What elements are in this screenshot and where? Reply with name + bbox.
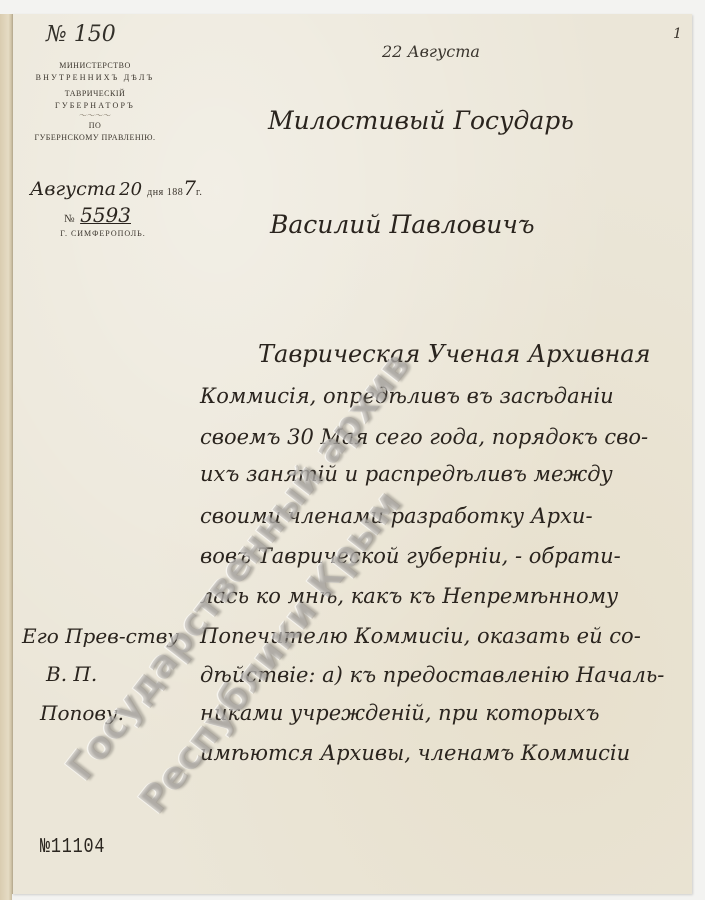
page-number: 1 <box>673 26 682 42</box>
date-month: Августа <box>30 178 116 200</box>
date-year-digit: 7 <box>183 176 196 200</box>
outgoing-number-label: № <box>64 213 75 225</box>
addressee-name: Василий Павловичъ <box>270 210 535 239</box>
body-line: Коммисія, опредѣливъ въ засѣданіи <box>200 384 614 408</box>
margin-addressee-initials: В. П. <box>46 662 97 686</box>
letterhead-provincial-board: ГУБЕРНСКОМУ ПРАВЛЕНІЮ. <box>30 132 160 144</box>
outgoing-number: № 5593 <box>64 203 131 227</box>
received-note: 22 Августа <box>382 42 480 61</box>
date-day: 20 <box>119 179 142 200</box>
date-day-label: дня 188 <box>147 187 183 198</box>
body-line: Таврическая Ученая Архивная <box>258 340 650 368</box>
flourish-divider: ～～～～ <box>30 112 160 120</box>
body-line: никами учрежденій, при которыхъ <box>200 701 599 725</box>
body-line: имѣются Архивы, членамъ Коммисіи <box>200 741 630 765</box>
outgoing-number-value: 5593 <box>80 203 131 227</box>
body-line: лась ко мнѣ, какъ къ Непремѣнному <box>200 584 618 608</box>
body-line: ихъ занятій и распредѣливъ между <box>200 462 613 486</box>
letterhead-po: ПО <box>30 120 160 132</box>
letterhead-internal-affairs: ВНУТРЕННИХЪ ДѢЛЪ <box>30 72 160 84</box>
date-year-suffix: г. <box>196 187 202 198</box>
binding-strip <box>0 14 12 900</box>
letterhead-ministry: МИНИСТЕРСТВО <box>30 60 160 72</box>
letterhead: МИНИСТЕРСТВО ВНУТРЕННИХЪ ДѢЛЪ ТАВРИЧЕСКІ… <box>30 60 160 144</box>
letterhead-city: Г. СИМФЕРОПОЛЬ. <box>48 229 158 238</box>
date-line: Августа 20 дня 1887г. <box>30 176 202 200</box>
salutation: Милостивый Государь <box>268 106 574 135</box>
registry-number: № 150 <box>46 22 116 47</box>
stamp-number: №11104 <box>40 836 105 859</box>
letterhead-taurida: ТАВРИЧЕСКІЙ <box>30 88 160 100</box>
body-line: своемъ 30 Мая сего года, порядокъ сво- <box>200 425 648 449</box>
